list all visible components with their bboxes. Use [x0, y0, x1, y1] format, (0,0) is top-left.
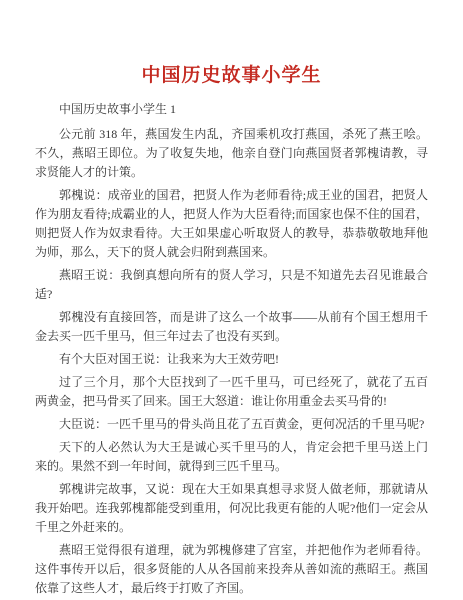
paragraph: 燕昭王觉得很有道理，就为郭槐修建了宫室，并把他作为老师看待。这件事传开以后，很多… [35, 541, 428, 598]
paragraph: 燕昭王说：我倒真想向所有的贤人学习，只是不知道先去召见谁最合适? [35, 266, 428, 304]
document-title: 中国历史故事小学生 [35, 64, 428, 88]
document-page: 中国历史故事小学生 中国历史故事小学生 1 公元前 318 年，燕国发生内乱，齐… [0, 0, 463, 600]
paragraph: 天下的人必然认为大王是诚心买千里马的人，肯定会把千里马送上门来的。果然不到一年时… [35, 438, 428, 476]
paragraph-subtitle: 中国历史故事小学生 1 [35, 100, 428, 119]
paragraph: 郭槐讲完故事，又说：现在大王如果真想寻求贤人做老师，那就请从我开始吧。连我郭槐都… [35, 480, 428, 537]
paragraph: 过了三个月，那个大臣找到了一匹千里马，可已经死了，就花了五百两黄金，把马骨买了回… [35, 373, 428, 411]
paragraph: 郭槐没有直接回答，而是讲了这么一个故事——从前有个国王想用千金去买一匹千里马，但… [35, 308, 428, 346]
paragraph: 有个大臣对国王说：让我来为大王效劳吧! [35, 350, 428, 369]
paragraph: 郭槐说：成帝业的国君，把贤人作为老师看待;成王业的国君，把贤人作为朋友看待;成霸… [35, 186, 428, 262]
paragraph: 公元前 318 年，燕国发生内乱，齐国乘机攻打燕国，杀死了燕王哙。不久，燕昭王即… [35, 125, 428, 182]
paragraph: 大臣说：一匹千里马的骨头尚且花了五百黄金，更何况活的千里马呢? [35, 415, 428, 434]
